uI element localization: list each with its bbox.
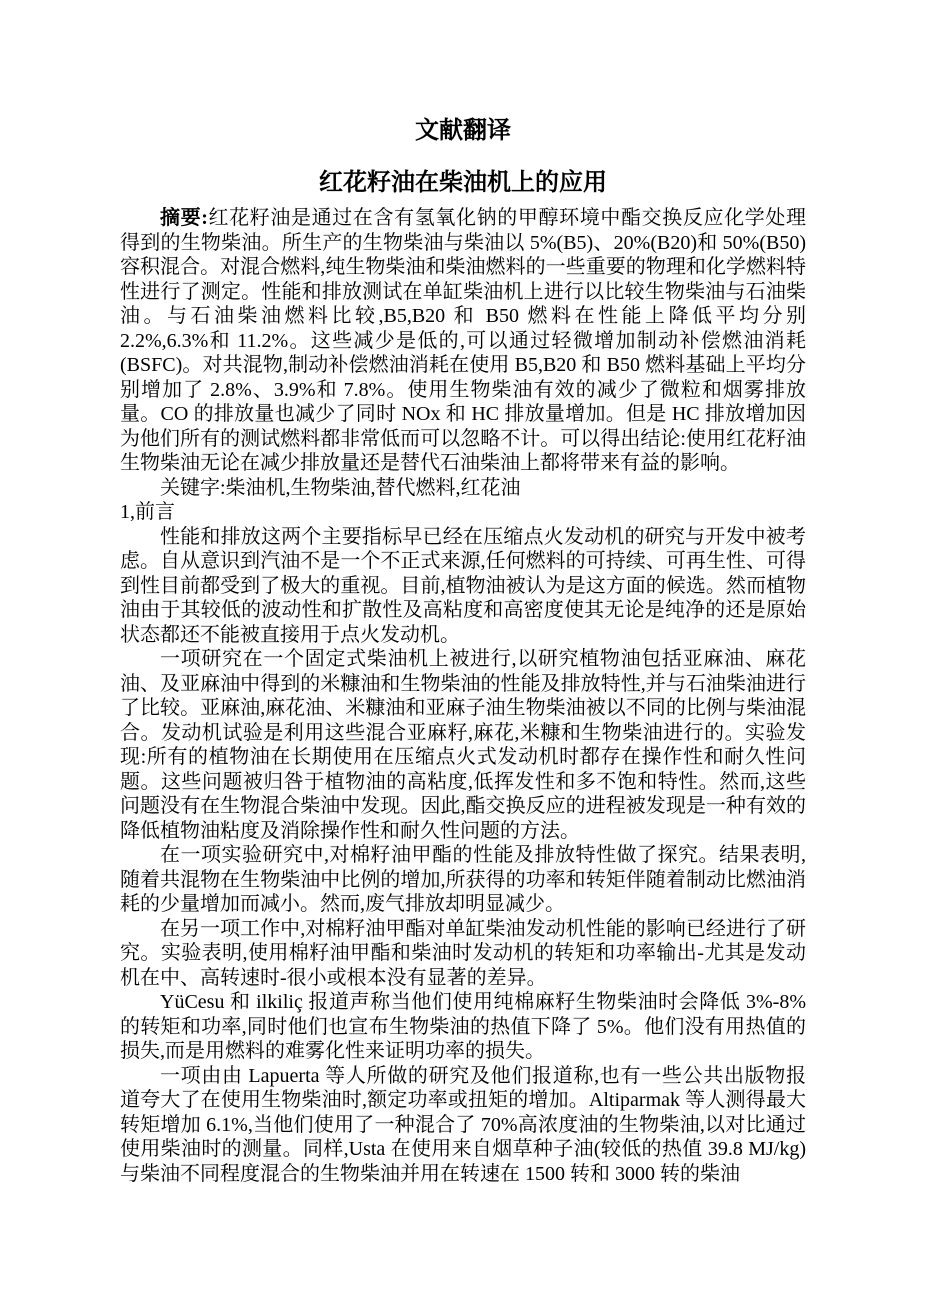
keywords-line: 关键字:柴油机,生物柴油,替代燃料,红花油 <box>120 476 806 501</box>
document-title: 文献翻译 <box>120 0 806 146</box>
document-page: 文献翻译 红花籽油在柴油机上的应用 摘要:红花籽油是通过在含有氢氧化钠的甲醇环境… <box>0 0 926 1309</box>
section-heading-intro: 1,前言 <box>120 500 806 525</box>
paragraph-4: 在另一项工作中,对棉籽油甲酯对单缸柴油发动机性能的影响已经进行了研究。实验表明,… <box>120 917 806 991</box>
paragraph-6: 一项由由 Lapuerta 等人所做的研究及他们报道称,也有一些公共出版物报道夸… <box>120 1064 806 1187</box>
paragraph-3: 在一项实验研究中,对棉籽油甲酯的性能及排放特性做了探究。结果表明,随着共混物在生… <box>120 843 806 917</box>
abstract-label: 摘要: <box>160 207 208 229</box>
abstract-text: 红花籽油是通过在含有氢氧化钠的甲醇环境中酯交换反应化学处理得到的生物柴油。所生产… <box>120 207 806 474</box>
document-body: 摘要:红花籽油是通过在含有氢氧化钠的甲醇环境中酯交换反应化学处理得到的生物柴油。… <box>120 206 806 1186</box>
paragraph-1: 性能和排放这两个主要指标早已经在压缩点火发动机的研究与开发中被考虑。自从意识到汽… <box>120 525 806 648</box>
document-subtitle: 红花籽油在柴油机上的应用 <box>120 168 806 198</box>
abstract-paragraph: 摘要:红花籽油是通过在含有氢氧化钠的甲醇环境中酯交换反应化学处理得到的生物柴油。… <box>120 206 806 476</box>
paragraph-2: 一项研究在一个固定式柴油机上被进行,以研究植物油包括亚麻油、麻花油、及亚麻油中得… <box>120 647 806 843</box>
paragraph-5: YüCesu 和 ilkiliç 报道声称当他们使用纯棉麻籽生物柴油时会降低 3… <box>120 990 806 1064</box>
